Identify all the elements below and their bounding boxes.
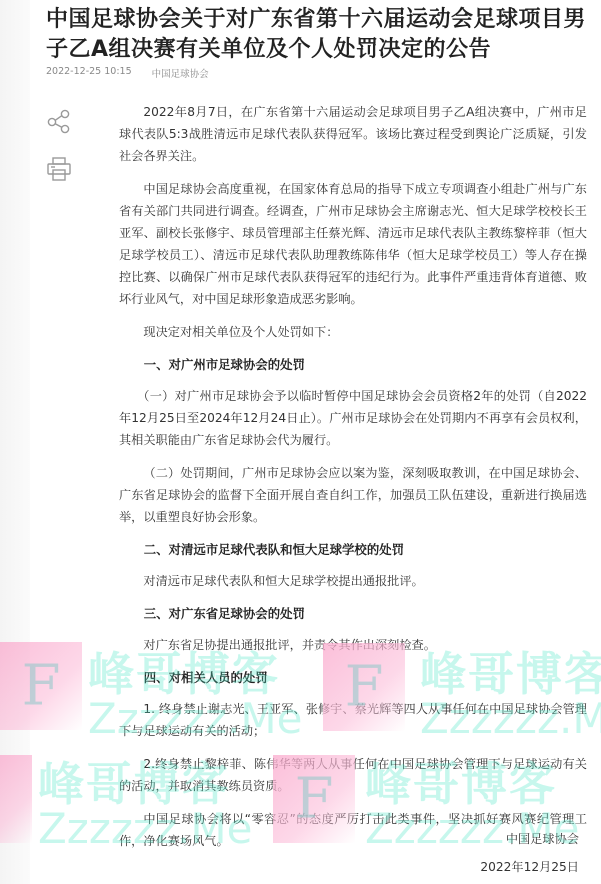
paragraph-investigation: 中国足球协会高度重视，在国家体育总局的指导下成立专项调查小组赴广州与广东省有关部… [119, 178, 587, 310]
signature-org: 中国足球协会 [506, 830, 579, 847]
side-toolbar [46, 108, 76, 204]
article-body: 2022年8月7日，在广东省第十六届运动会足球项目男子乙A组决赛中，广州市足球代… [119, 101, 587, 863]
paragraph-decision-lead: 现决定对相关单位及个人处罚如下： [119, 321, 587, 343]
section-heading-1: 一、对广州市足球协会的处罚 [119, 354, 587, 376]
section-heading-4: 四、对相关人员的处罚 [119, 667, 587, 689]
left-margin-strip [0, 0, 30, 884]
print-icon[interactable] [46, 156, 72, 182]
section-heading-3: 三、对广东省足球协会的处罚 [119, 603, 587, 625]
paragraph-intro: 2022年8月7日，在广东省第十六届运动会足球项目男子乙A组决赛中，广州市足球代… [119, 101, 587, 167]
article-title: 中国足球协会关于对广东省第十六届运动会足球项目男子乙A组决赛有关单位及个人处罚决… [46, 5, 586, 65]
paragraph-penalty-4-2: 2.终身禁止黎梓菲、陈伟华等两人从事任何在中国足球协会管理下与足球运动有关的活动… [119, 753, 587, 797]
paragraph-penalty-3: 对广东省足协提出通报批评，并责令其作出深刻检查。 [119, 634, 587, 656]
paragraph-penalty-1-1: （一）对广州市足球协会予以临时暂停中国足球协会会员资格2年的处罚（自2022年1… [119, 385, 587, 451]
article-meta: 2022-12-25 10:15 中国足球协会 [46, 66, 209, 80]
section-heading-2: 二、对清远市足球代表队和恒大足球学校的处罚 [119, 539, 587, 561]
paragraph-penalty-4-1: 1. 终身禁止谢志光、王亚军、张修宇、蔡光辉等四人从事任何在中国足球协会管理下与… [119, 698, 587, 742]
share-icon[interactable] [46, 108, 72, 134]
publish-datetime: 2022-12-25 10:15 [46, 66, 132, 80]
paragraph-penalty-1-2: （二）处罚期间，广州市足球协会应以案为鉴，深刻吸取教训，在中国足球协会、广东省足… [119, 462, 587, 528]
article-source: 中国足球协会 [152, 66, 209, 80]
paragraph-penalty-2: 对清远市足球代表队和恒大足球学校提出通报批评。 [119, 570, 587, 592]
signature-date: 2022年12月25日 [480, 858, 579, 875]
